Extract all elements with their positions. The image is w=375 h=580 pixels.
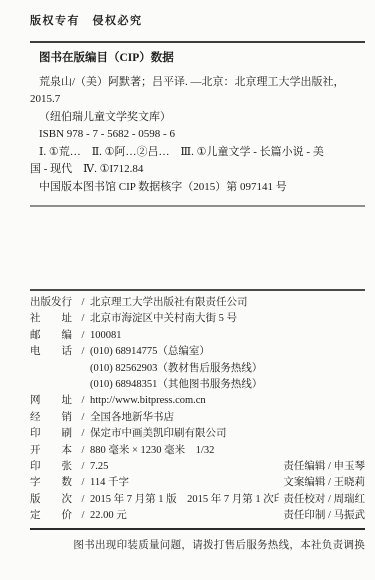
row-separator: /	[76, 410, 90, 426]
row-value: 北京理工大学出版社有限责任公司	[90, 295, 361, 311]
staff-credit	[361, 410, 365, 426]
row-value: (010) 68914775（总编室）	[90, 344, 361, 360]
pub-row-sheets: 印 张/7.25责任编辑 / 申玉琴	[30, 459, 365, 475]
staff-credit	[361, 311, 365, 327]
row-value: 880 毫米 × 1230 毫米 1/32	[90, 443, 361, 459]
staff-credit-proofreader: 责任校对 / 周瑞红	[279, 492, 365, 508]
pub-row-address: 社 址/北京市海淀区中关村南大街 5 号	[30, 311, 365, 327]
pub-row-website: 网 址/http://www.bitpress.com.cn	[30, 393, 365, 409]
row-label: 印 张	[30, 459, 76, 475]
pub-row-postcode: 邮 编/100081	[30, 328, 365, 344]
pub-row-publisher: 出版发行/北京理工大学出版社有限责任公司	[30, 295, 365, 311]
row-value: 7.25	[90, 459, 279, 475]
row-label: 出版发行	[30, 295, 76, 311]
row-label: 社 址	[30, 311, 76, 327]
staff-credit	[361, 328, 365, 344]
row-label: 经 销	[30, 410, 76, 426]
row-label	[30, 361, 76, 377]
cip-isbn: ISBN 978 - 7 - 5682 - 0598 - 6	[30, 126, 365, 144]
row-label: 开 本	[30, 443, 76, 459]
staff-credit	[361, 426, 365, 442]
staff-credit	[361, 344, 365, 360]
staff-credit	[361, 393, 365, 409]
row-separator: /	[76, 492, 90, 508]
row-separator: /	[76, 459, 90, 475]
row-separator: /	[76, 328, 90, 344]
staff-credit-editor: 责任编辑 / 申玉琴	[279, 459, 365, 475]
row-separator: /	[76, 295, 90, 311]
section-spacer	[30, 207, 365, 289]
pub-row-format: 开 本/880 毫米 × 1230 毫米 1/32	[30, 443, 365, 459]
staff-credit-copywriter: 文案编辑 / 王晓莉	[279, 475, 365, 491]
row-label: 网 址	[30, 393, 76, 409]
pub-row-printer: 印 刷/保定市中画美凯印刷有限公司	[30, 426, 365, 442]
row-label: 定 价	[30, 508, 76, 524]
pub-row-phone-3: (010) 68948351（其他图书服务热线）	[30, 377, 365, 393]
pub-row-price: 定 价/22.00 元责任印制 / 马振武	[30, 508, 365, 524]
row-label: 字 数	[30, 475, 76, 491]
row-label	[30, 377, 76, 393]
pub-row-phone-1: 电 话/(010) 68914775（总编室）	[30, 344, 365, 360]
row-separator: /	[76, 475, 90, 491]
pub-row-wordcount: 字 数/114 千字文案编辑 / 王晓莉	[30, 475, 365, 491]
row-value: http://www.bitpress.com.cn	[90, 393, 361, 409]
row-label: 印 刷	[30, 426, 76, 442]
cip-record-number: 中国版本图书馆 CIP 数据核字（2015）第 097141 号	[30, 179, 365, 197]
cip-classification-line2: 国 - 现代 Ⅳ. ①I712.84	[30, 161, 365, 179]
row-separator	[76, 377, 90, 393]
row-value: 22.00 元	[90, 508, 279, 524]
staff-credit	[361, 361, 365, 377]
staff-credit	[361, 443, 365, 459]
row-value: 100081	[90, 328, 361, 344]
row-value: 2015 年 7 月第 1 版 2015 年 7 月第 1 次印刷	[90, 492, 279, 508]
row-value: 北京市海淀区中关村南大街 5 号	[90, 311, 361, 327]
cip-description-line2: 2015.7	[30, 91, 365, 109]
row-label: 版 次	[30, 492, 76, 508]
pub-row-distribution: 经 销/全国各地新华书店	[30, 410, 365, 426]
cip-title: 图书在版编目（CIP）数据	[30, 50, 365, 68]
staff-credit	[361, 377, 365, 393]
row-separator: /	[76, 508, 90, 524]
staff-credit	[361, 295, 365, 311]
staff-credit-print-supervisor: 责任印制 / 马振武	[279, 508, 365, 524]
quality-notice: 图书出现印装质量问题，请拨打售后服务热线，本社负责调换	[30, 530, 365, 552]
row-label: 邮 编	[30, 328, 76, 344]
row-separator: /	[76, 311, 90, 327]
row-value: 全国各地新华书店	[90, 410, 361, 426]
row-separator: /	[76, 393, 90, 409]
copyright-notice: 版权专有 侵权必究	[30, 12, 365, 28]
row-separator	[76, 361, 90, 377]
cip-description-line1: 荒泉山/（美）阿默著；吕平译. —北京：北京理工大学出版社，	[30, 74, 365, 92]
row-separator: /	[76, 426, 90, 442]
row-value: (010) 82562903（教材售后服务热线）	[90, 361, 361, 377]
row-label: 电 话	[30, 344, 76, 360]
row-value: 114 千字	[90, 475, 279, 491]
pub-row-phone-2: (010) 82562903（教材售后服务热线）	[30, 361, 365, 377]
row-separator: /	[76, 344, 90, 360]
row-value: (010) 68948351（其他图书服务热线）	[90, 377, 361, 393]
cip-classification-line1: Ⅰ. ①荒… Ⅱ. ①阿…②吕… Ⅲ. ①儿童文学 - 长篇小说 - 美	[30, 144, 365, 162]
pub-row-edition: 版 次/2015 年 7 月第 1 版 2015 年 7 月第 1 次印刷责任校…	[30, 492, 365, 508]
cip-box: 图书在版编目（CIP）数据 荒泉山/（美）阿默著；吕平译. —北京：北京理工大学…	[30, 43, 365, 205]
cip-series: （纽伯瑞儿童文学奖文库）	[30, 109, 365, 127]
publication-info: 出版发行/北京理工大学出版社有限责任公司 社 址/北京市海淀区中关村南大街 5 …	[30, 291, 365, 525]
copyright-page: 版权专有 侵权必究 图书在版编目（CIP）数据 荒泉山/（美）阿默著；吕平译. …	[0, 0, 375, 580]
row-value: 保定市中画美凯印刷有限公司	[90, 426, 361, 442]
row-separator: /	[76, 443, 90, 459]
